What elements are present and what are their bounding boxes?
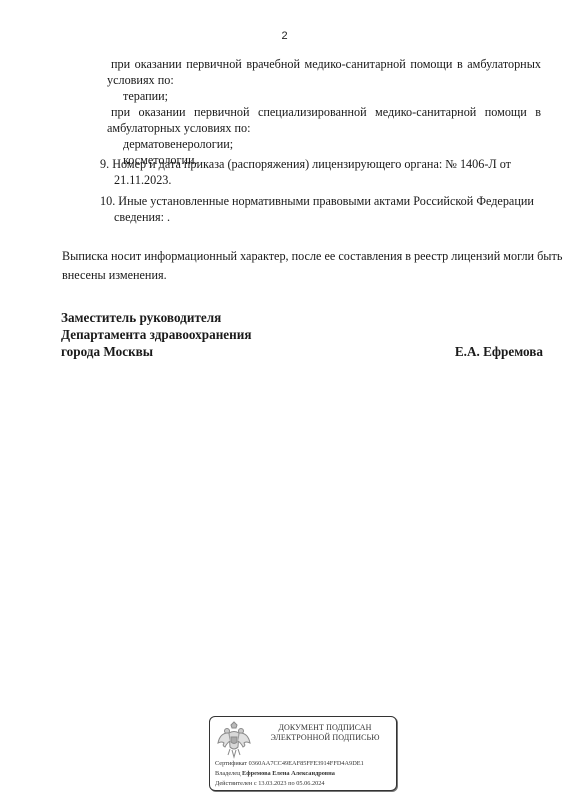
notice-line1: Выписка носит информационный характер, п… [62,247,542,266]
signatory-position-line1: Заместитель руководителя [61,309,252,326]
primary-care-heading-line1: при оказании первичной врачебной медико-… [107,56,541,72]
stamp-details: Сертификат 0360AA7CC49EAF85FFE3914FFD4A9… [215,759,364,789]
stamp-validity-row: Действителен с 13.03.2023 по 05.06.2024 [215,779,364,789]
service-item-therapy: терапии; [107,88,541,104]
electronic-signature-stamp: ДОКУМЕНТ ПОДПИСАН ЭЛЕКТРОННОЙ ПОДПИСЬЮ С… [209,716,397,791]
stamp-title-line1: ДОКУМЕНТ ПОДПИСАН [254,723,396,733]
specialized-care-heading-line2: амбулаторных условиях по: [107,120,541,136]
item-9-line2: 21.11.2023. [100,172,540,188]
notice-line2: внесены изменения. [62,266,542,285]
item-10-number: 10. [100,194,115,208]
signatory-position-line3: города Москвы [61,343,252,360]
stamp-title-line2: ЭЛЕКТРОННОЙ ПОДПИСЬЮ [254,733,396,743]
stamp-certificate-row: Сертификат 0360AA7CC49EAF85FFE3914FFD4A9… [215,759,364,769]
signatory-name: Е.А. Ефремова [455,343,543,360]
page-number: 2 [0,30,569,42]
item-9-number: 9. [100,157,109,171]
licensed-services-block: при оказании первичной врачебной медико-… [107,56,541,168]
item-9-order-number: 9. Номер и дата приказа (распоряжения) л… [100,156,540,188]
owner-value: Ефремова Елена Александровна [242,770,335,777]
item-10-other-info: 10. Иные установленные нормативными прав… [100,193,540,225]
russian-coat-of-arms-icon [216,721,252,759]
stamp-owner-row: Владелец Ефремова Елена Александровна [215,769,364,779]
item-10-line2: сведения: . [100,209,540,225]
item-9-line1: Номер и дата приказа (распоряжения) лице… [112,157,511,171]
signatory-position-line2: Департамента здравоохранения [61,326,252,343]
owner-label: Владелец [215,770,240,777]
primary-care-heading-line2: условиях по: [107,72,541,88]
certificate-value: 0360AA7CC49EAF85FFE3914FFD4A9DE1 [249,760,364,767]
informational-notice: Выписка носит информационный характер, п… [62,247,542,285]
service-item-dermatovenereology: дерматовенерологии; [107,136,541,152]
validity-value: с 13.03.2023 по 05.06.2024 [254,780,325,787]
specialized-care-heading-line1: при оказании первичной специализированно… [107,104,541,120]
stamp-title: ДОКУМЕНТ ПОДПИСАН ЭЛЕКТРОННОЙ ПОДПИСЬЮ [254,723,396,743]
certificate-label: Сертификат [215,760,247,767]
item-10-line1: Иные установленные нормативными правовым… [118,194,534,208]
signatory-position: Заместитель руководителя Департамента зд… [61,309,252,360]
validity-label: Действителен [215,780,252,787]
